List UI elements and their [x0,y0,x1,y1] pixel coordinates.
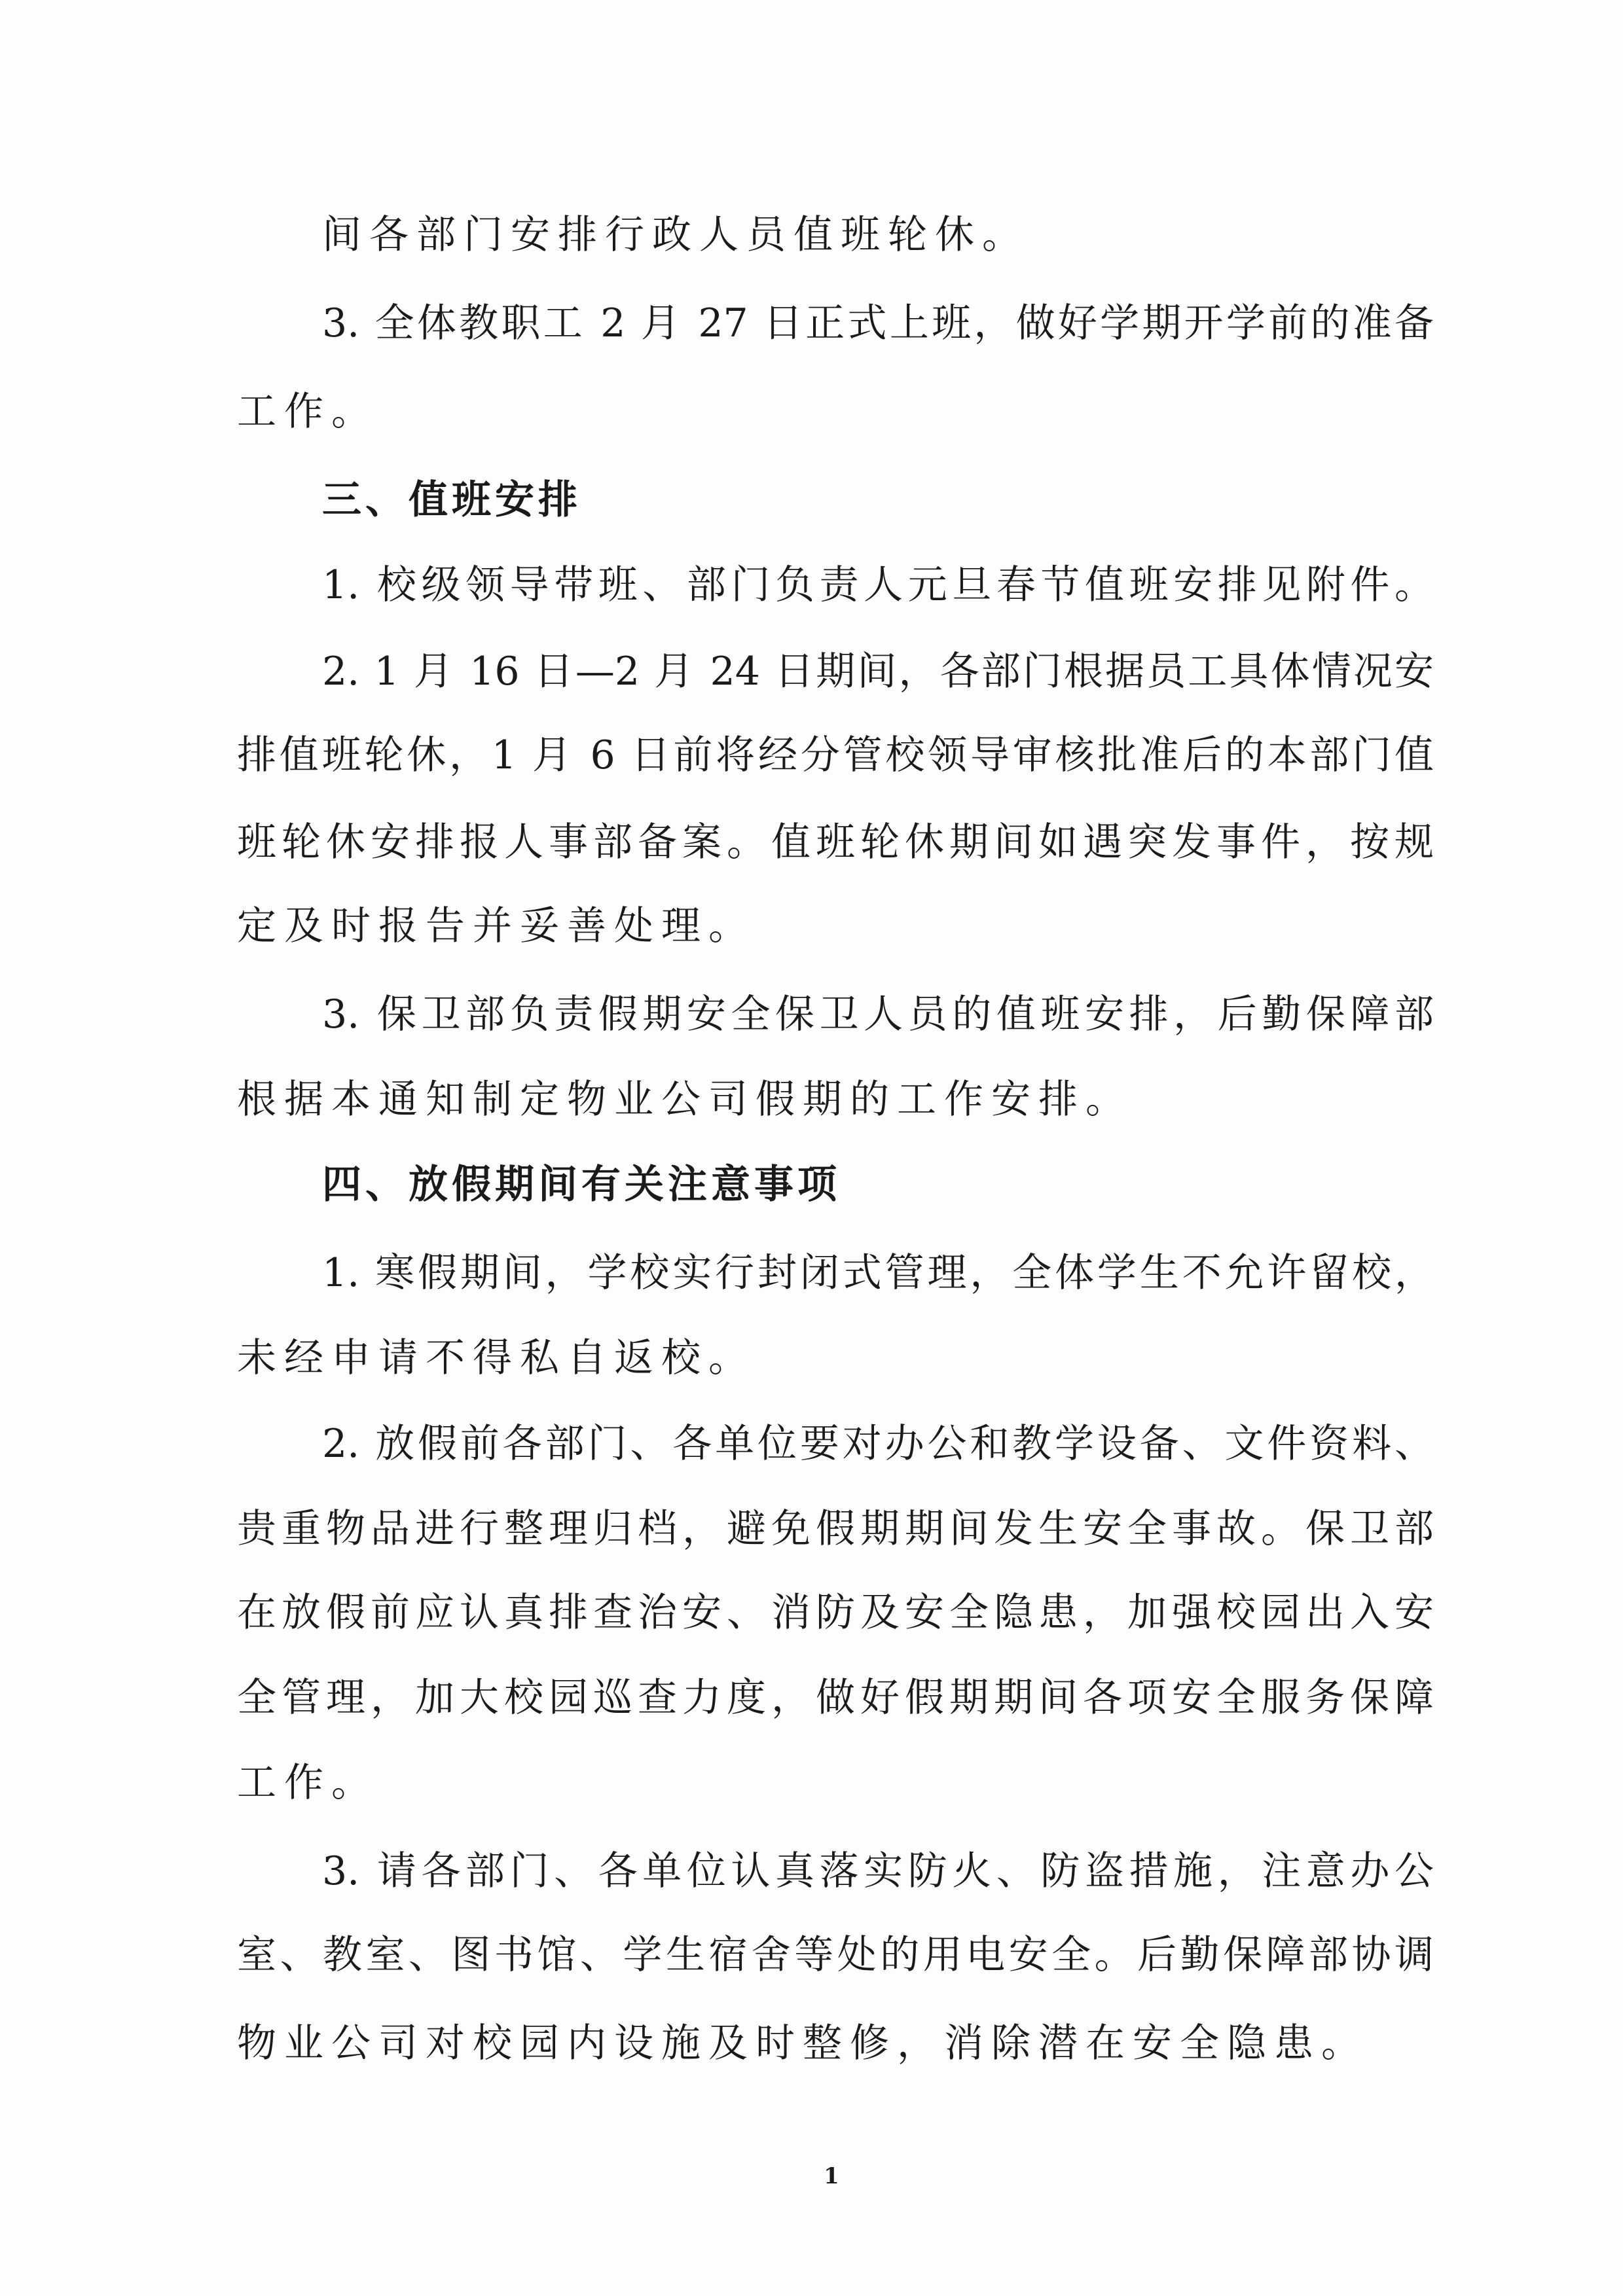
paragraph-line: 物业公司对校园内设施及时整修，消除潜在安全隐患。 [237,2011,1434,2076]
section-heading-duty-arrangement: 三、值班安排 [322,467,1434,533]
paragraph-line: 1. 寒假期间，学校实行封闭式管理，全体学生不允许留校， [322,1240,1434,1306]
section-heading-holiday-notes: 四、放假期间有关注意事项 [322,1152,1434,1217]
paragraph-line: 在放假前应认真排查治安、消防及安全隐患，加强校园出入安 [237,1580,1434,1645]
paragraph-line: 定及时报告并妥善处理。 [237,893,1434,959]
paragraph-line: 2. 1 月 16 日—2 月 24 日期间，各部门根据员工具体情况安 [322,639,1434,704]
paragraph-line: 根据本通知制定物业公司假期的工作安排。 [237,1067,1434,1132]
paragraph-line: 间各部门安排行政人员值班轮休。 [322,202,1434,268]
paragraph-line: 全管理，加大校园巡查力度，做好假期期间各项安全服务保障 [237,1665,1434,1731]
paragraph-line: 室、教室、图书馆、学生宿舍等处的用电安全。后勤保障部协调 [237,1922,1434,1988]
paragraph-line: 2. 放假前各部门、各单位要对办公和教学设备、文件资料、 [322,1411,1434,1477]
paragraph-line: 3. 请各部门、各单位认真落实防火、防盗措施，注意办公 [322,1839,1434,1904]
paragraph-line: 排值班轮休，1 月 6 日前将经分管校领导审核批准后的本部门值 [237,723,1434,788]
paragraph-line: 3. 全体教职工 2 月 27 日正式上班，做好学期开学前的准备 [322,291,1434,356]
page-number: 1 [812,2153,851,2199]
paragraph-line: 班轮休安排报人事部备案。值班轮休期间如遇突发事件，按规 [237,810,1434,875]
paragraph-line: 1. 校级领导带班、部门负责人元旦春节值班安排见附件。 [322,552,1434,618]
paragraph-line: 未经申请不得私自返校。 [237,1325,1434,1391]
paragraph-line: 3. 保卫部负责假期安全保卫人员的值班安排，后勤保障部 [322,982,1434,1047]
paragraph-line: 工作。 [237,1750,1434,1816]
paragraph-line: 工作。 [237,379,1434,444]
document-page: 间各部门安排行政人员值班轮休。 3. 全体教职工 2 月 27 日正式上班，做好… [0,0,1623,2296]
paragraph-line: 贵重物品进行整理归档，避免假期期间发生安全事故。保卫部 [237,1496,1434,1562]
